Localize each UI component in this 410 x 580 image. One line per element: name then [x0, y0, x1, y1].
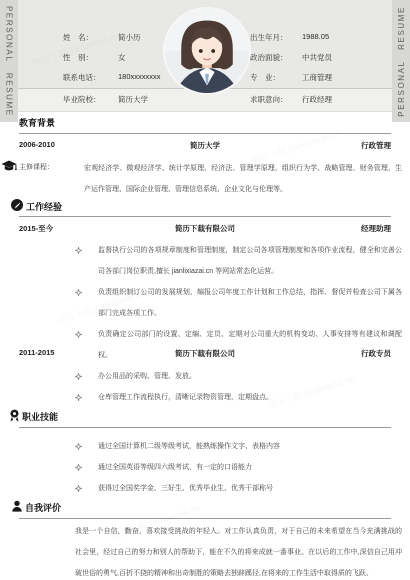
field-phone: 联系电话： 180xxxxxxxx: [63, 72, 161, 83]
education-entry-row: 2006-2010 简历大学 行政管理: [19, 140, 391, 151]
field-label: 专 业：: [250, 72, 302, 83]
portrait-illustration: [165, 9, 249, 93]
field-value: 180xxxxxxxx: [118, 72, 161, 83]
four-point-star-icon: [75, 394, 82, 401]
field-label: 毕业院校：: [63, 94, 118, 105]
field-birth: 出生年月： 1988.05: [250, 32, 329, 43]
field-job-objective: 求职意向： 行政经理: [250, 94, 332, 105]
job-entry-row: 2011-2015 简历下载有限公司 行政专员: [19, 348, 391, 359]
field-value: 1988.05: [302, 32, 329, 43]
job-company: 简历下载有限公司: [114, 348, 296, 359]
education-school: 简历大学: [114, 140, 296, 151]
list-item: 通过全国英语等级四六级考试，有一定的口语能力: [75, 457, 402, 478]
field-label: 出生年月：: [250, 32, 302, 43]
section-divider: [19, 518, 391, 519]
section-divider: [19, 133, 391, 134]
field-value: 简小历: [118, 32, 141, 43]
four-point-star-icon: [75, 485, 82, 492]
courses-label: 主修课程：: [19, 162, 54, 172]
four-point-star-icon: [75, 247, 82, 254]
four-point-star-icon: [75, 464, 82, 471]
list-item: 负责组织制订公司的发展规划、编报公司年度工作计划和工作总结，指挥、督促并检查公司…: [75, 282, 402, 324]
medal-icon: [8, 409, 21, 422]
personal-resume-banner-right: PERSONAL RESUME: [392, 0, 410, 122]
section-divider: [19, 427, 391, 428]
four-point-star-icon: [75, 331, 82, 338]
field-political-status: 政治面貌： 中共党员: [250, 52, 332, 63]
job-period: 2011-2015: [19, 348, 114, 359]
personal-resume-banner-left: PERSONAL RESUME: [0, 0, 18, 122]
list-item: 通过全国计算机二级等级考试，能熟练操作文字、表格内容: [75, 436, 402, 457]
person-icon: [11, 500, 23, 512]
bullet-text: 仓库管理工作流程执行，清晰记录物资管理，定期盘点。: [98, 387, 402, 408]
job-entry-row: 2015-至今 简历下载有限公司 经理助理: [19, 223, 391, 234]
job-company: 简历下载有限公司: [114, 223, 296, 234]
field-name: 姓 名： 简小历: [63, 32, 141, 43]
bullet-text: 办公用品的采购、管理、发放。: [98, 366, 402, 387]
section-title-skills: 职业技能: [22, 410, 58, 423]
field-label: 政治面貌：: [250, 52, 302, 63]
field-value: 中共党员: [302, 52, 332, 63]
list-item: 监督执行公司的各项规章制度和管理制度，制定公司各项管理制度和各项作业流程，健全和…: [75, 240, 402, 282]
list-item: 负责确定公司部门的设置、定编、定员、定期对公司重大的机构变动、人事安排等有建议和…: [75, 324, 402, 366]
field-label: 性 别：: [63, 52, 118, 63]
graduation-cap-icon: [1, 160, 17, 173]
list-item: 获得过全国奖学金、三好生、优秀毕业生、优秀干部称号: [75, 478, 402, 499]
education-major: 行政管理: [296, 140, 391, 151]
field-value: 简历大学: [118, 94, 148, 105]
section-title-work: 工作经验: [26, 200, 62, 213]
section-title-self-eval: 自我评价: [25, 501, 61, 514]
header-divider-line: [0, 111, 410, 112]
resume-page: 简历下载 jianlixiazai.cn 简历下载 jianlixiazai.c…: [0, 0, 410, 580]
bullet-text: 负责确定公司部门的设置、定编、定员、定期对公司重大的机构变动、人事安排等有建议和…: [98, 324, 402, 366]
four-point-star-icon: [75, 373, 82, 380]
bullet-text: 负责组织制订公司的发展规划、编报公司年度工作计划和工作总结，指挥、督促并检查公司…: [98, 282, 402, 324]
courses-text: 宏观经济学、微观经济学、统计学原理、经济法、管理学原理、组织行为学、战略管理、财…: [84, 158, 402, 200]
field-major: 专 业： 工商管理: [250, 72, 332, 83]
skill-text: 通过全国英语等级四六级考试，有一定的口语能力: [98, 457, 402, 478]
field-value: 行政经理: [302, 94, 332, 105]
field-gender: 性 别： 女: [63, 52, 126, 63]
section-title-education: 教育背景: [19, 116, 55, 129]
skill-text: 获得过全国奖学金、三好生、优秀毕业生、优秀干部称号: [98, 478, 402, 499]
education-period: 2006-2010: [19, 140, 114, 151]
job-role: 行政专员: [296, 348, 391, 359]
four-point-star-icon: [75, 443, 82, 450]
field-label: 姓 名：: [63, 32, 118, 43]
field-label: 求职意向：: [250, 94, 302, 105]
field-value: 女: [118, 52, 126, 63]
skills-list: 通过全国计算机二级等级考试，能熟练操作文字、表格内容 通过全国英语等级四六级考试…: [75, 436, 402, 499]
skill-text: 通过全国计算机二级等级考试，能熟练操作文字、表格内容: [98, 436, 402, 457]
list-item: 仓库管理工作流程执行，清晰记录物资管理，定期盘点。: [75, 387, 402, 408]
section-divider: [19, 216, 391, 217]
pen-icon: [11, 199, 23, 211]
banner-text-right: PERSONAL RESUME: [397, 6, 406, 117]
job-bullet-list: 办公用品的采购、管理、发放。 仓库管理工作流程执行，清晰记录物资管理，定期盘点。: [75, 366, 402, 408]
banner-text-left: PERSONAL RESUME: [5, 6, 14, 117]
job-period: 2015-至今: [19, 223, 114, 234]
field-label: 联系电话：: [63, 72, 118, 83]
list-item: 办公用品的采购、管理、发放。: [75, 366, 402, 387]
bullet-text: 监督执行公司的各项规章制度和管理制度，制定公司各项管理制度和各项作业流程，健全和…: [98, 240, 402, 282]
field-value: 工商管理: [302, 72, 332, 83]
self-eval-paragraph: 我是一个自信，勤奋，喜欢接受挑战的年轻人。对工作认真负责，对于自己的未来希望在当…: [75, 521, 402, 580]
profile-photo: [163, 7, 251, 95]
field-school: 毕业院校： 简历大学: [63, 94, 148, 105]
four-point-star-icon: [75, 289, 82, 296]
job-role: 经理助理: [296, 223, 391, 234]
